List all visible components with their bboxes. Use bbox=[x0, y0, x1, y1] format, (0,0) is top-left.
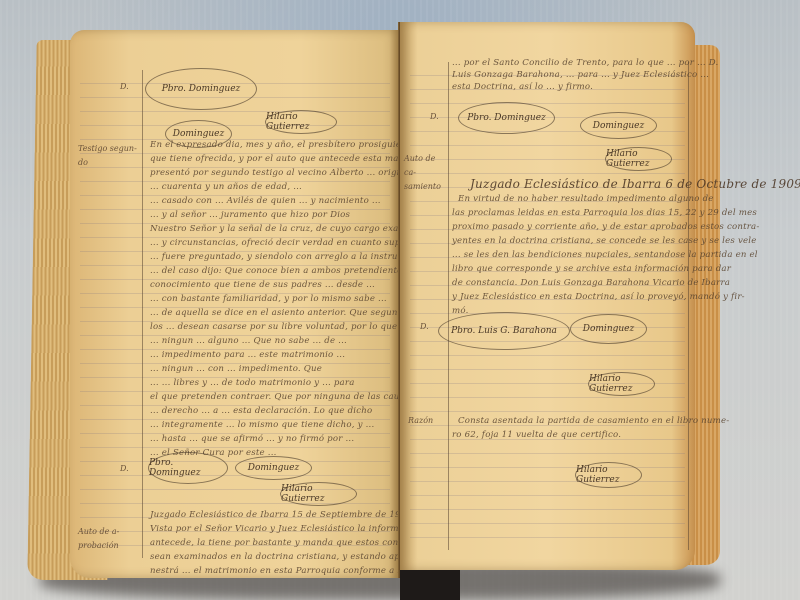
book-binding bbox=[400, 570, 460, 600]
text-line: ... y al señor ... juramento que hizo po… bbox=[150, 210, 350, 220]
text-line: ... hasta ... que se afirmó ... y no fir… bbox=[150, 434, 354, 444]
text-line: ... y circunstancias, ofreció decir verd… bbox=[150, 238, 418, 248]
margin-note-auto-aprobacion: Auto de a- probación bbox=[78, 525, 138, 553]
signature-notary: Hilario Gutierrez bbox=[588, 372, 655, 396]
entry-marker: D. bbox=[420, 322, 429, 331]
signature-priest: Pbro. Dominguez bbox=[148, 452, 228, 484]
entry-marker: D. bbox=[430, 112, 439, 121]
margin-note-razon: Razón bbox=[408, 414, 452, 428]
text-line: ... cuarenta y un años de edad, ... bbox=[150, 182, 302, 192]
signature-notary-final: Hilario Gutierrez bbox=[575, 462, 642, 488]
entry-heading: Juzgado Eclesiástico de Ibarra 6 de Octu… bbox=[470, 177, 800, 191]
entry-marker: D. bbox=[120, 82, 129, 91]
right-margin-rule bbox=[688, 62, 689, 550]
text-line: ... del caso dijo: Que conoce bien a amb… bbox=[150, 266, 437, 276]
text-line: ... de aquella se dice en el asiento ant… bbox=[150, 308, 440, 318]
text-line: En virtud de no haber resultado impedime… bbox=[458, 194, 714, 204]
text-line: ... derecho ... a ... esta declaración. … bbox=[150, 406, 372, 416]
text-line: yentes en la doctrina cristiana, se conc… bbox=[452, 236, 757, 246]
text-line: ... se les den las bendiciones nupciales… bbox=[452, 250, 758, 260]
text-line: de constancia. Don Luis Gonzaga Barahona… bbox=[452, 278, 730, 288]
text-line: ... ningun ... alguno ... Que no sabe ..… bbox=[150, 336, 347, 346]
signature-priest: Pbro. Dominguez bbox=[458, 102, 555, 134]
right-page: ... por el Santo Concilio de Trento, par… bbox=[400, 22, 695, 570]
text-line: Consta asentada la partida de casamiento… bbox=[458, 416, 729, 426]
text-line: nestrá ... el matrimonio en esta Parroqu… bbox=[150, 566, 417, 576]
signature-witness: Dominguez bbox=[235, 456, 312, 480]
text-line: presentó por segundo testigo al vecino A… bbox=[150, 168, 423, 178]
text-line: ... impedimento para ... este matrimonio… bbox=[150, 350, 345, 360]
text-line: y Juez Eclesiástico en esta Doctrina, as… bbox=[452, 292, 745, 302]
text-line: las proclamas leidas en esta Parroquia l… bbox=[452, 208, 757, 218]
text-line: proximo pasado y corriente año, y de est… bbox=[452, 222, 759, 232]
text-line: el que pretenden contraer. Que por ningu… bbox=[150, 392, 426, 402]
text-line: ... ... libres y ... de todo matrimonio … bbox=[150, 378, 355, 388]
signature-notary: Hilario Gutierrez bbox=[280, 482, 357, 506]
text-line: libro que corresponde y se archive esta … bbox=[452, 264, 731, 274]
text-line: ... fuere preguntado, y siendolo con arr… bbox=[150, 252, 433, 262]
margin-rule bbox=[142, 70, 143, 558]
left-page: D. Pbro. Dominguez Dominguez Hilario Gut… bbox=[70, 30, 400, 578]
text-line: ... casado con ... Avilés de quien ... y… bbox=[150, 196, 381, 206]
signature-notary: Hilario Gutierrez bbox=[605, 147, 672, 171]
signature-notary: Hilario Gutierrez bbox=[265, 110, 337, 134]
text-line: ... integramente ... lo mismo que tiene … bbox=[150, 420, 374, 430]
signature-priest: Pbro. Dominguez bbox=[145, 68, 257, 110]
text-line: ... ningun ... con ... impedimento. Que bbox=[150, 364, 322, 374]
signature-vicar: Pbro. Luis G. Barahona bbox=[438, 312, 570, 350]
margin-rule bbox=[448, 62, 449, 550]
margin-note-auto-casamiento: Auto de ca- samiento bbox=[404, 152, 448, 194]
text-line: ... por el Santo Concilio de Trento, par… bbox=[452, 58, 718, 68]
text-line: esta Doctrina, así lo ... y firmo. bbox=[452, 82, 593, 92]
signature-witness: Dominguez bbox=[570, 314, 647, 344]
signature-witness: Dominguez bbox=[580, 112, 657, 139]
text-line: conocimiento que tiene de sus padres ...… bbox=[150, 280, 375, 290]
margin-note-testigo: Testigo segun- do bbox=[78, 142, 138, 170]
entry-marker: D. bbox=[120, 464, 129, 473]
text-line: ro 62, foja 11 vuelta de que certifico. bbox=[452, 430, 621, 440]
text-line: Luis Gonzaga Barahona, ... para ... y Ju… bbox=[452, 70, 709, 80]
text-line: ... con bastante familiaridad, y por lo … bbox=[150, 294, 387, 304]
text-line: los ... desean casarse por su libre volu… bbox=[150, 322, 409, 332]
text-line: Juzgado Eclesiástico de Ibarra 15 de Sep… bbox=[150, 510, 412, 520]
